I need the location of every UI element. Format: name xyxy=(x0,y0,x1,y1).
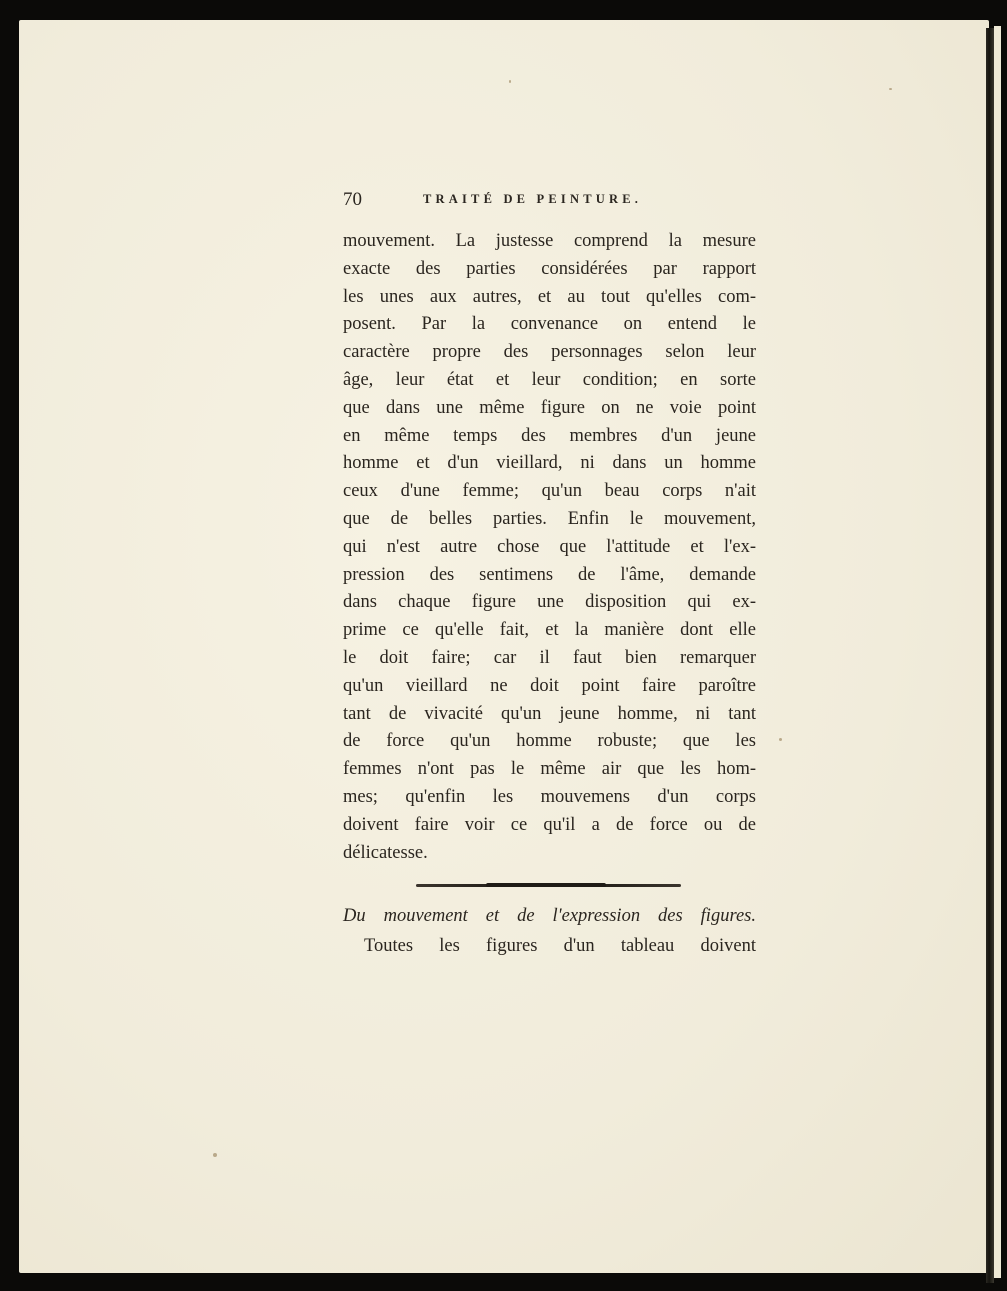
page-number: 70 xyxy=(343,189,362,211)
text-line: que de belles parties. Enfin le mouvemen… xyxy=(343,506,756,534)
text-line: de force qu'un homme robuste; que les xyxy=(343,728,756,756)
text-line: mouvement. La justesse comprend la mesur… xyxy=(343,228,756,256)
paper-speck xyxy=(889,88,892,90)
text-line: dans chaque figure une disposition qui e… xyxy=(343,589,756,617)
text-line: caractère propre des personnages selon l… xyxy=(343,339,756,367)
text-line: le doit faire; car il faut bien remarque… xyxy=(343,645,756,673)
text-line: ceux d'une femme; qu'un beau corps n'ait xyxy=(343,478,756,506)
text-line: que dans une même figure on ne voie poin… xyxy=(343,395,756,423)
text-line: doivent faire voir ce qu'il a de force o… xyxy=(343,812,756,840)
text-line: posent. Par la convenance on entend le xyxy=(343,311,756,339)
text-line: pression des sentimens de l'âme, demande xyxy=(343,562,756,590)
text-line: âge, leur état et leur condition; en sor… xyxy=(343,367,756,395)
next-page-edge xyxy=(994,26,1001,1278)
text-line: qui n'est autre chose que l'attitude et … xyxy=(343,534,756,562)
text-line: les unes aux autres, et au tout qu'elles… xyxy=(343,284,756,312)
text-line: prime ce qu'elle fait, et la manière don… xyxy=(343,617,756,645)
text-line: exacte des parties considérées par rappo… xyxy=(343,256,756,284)
text-line: femmes n'ont pas le même air que les hom… xyxy=(343,756,756,784)
section-heading: Du mouvement et de l'expression des figu… xyxy=(343,906,756,927)
text-line: délicatesse. xyxy=(343,840,756,868)
gutter-shadow xyxy=(986,28,994,1283)
paper-speck xyxy=(509,80,511,83)
text-line: qu'un vieillard ne doit point faire paro… xyxy=(343,673,756,701)
paper-speck xyxy=(779,738,782,741)
running-title: TRAITÉ DE PEINTURE. xyxy=(423,192,642,207)
text-line: tant de vivacité qu'un jeune homme, ni t… xyxy=(343,701,756,729)
running-head: 70 TRAITÉ DE PEINTURE. xyxy=(343,189,755,213)
paper-speck xyxy=(213,1153,217,1157)
text-line: mes; qu'enfin les mouvemens d'un corps xyxy=(343,784,756,812)
section-first-line: Toutes les figures d'un tableau doivent xyxy=(364,936,756,957)
text-line: en même temps des membres d'un jeune xyxy=(343,423,756,451)
body-text: mouvement. La justesse comprend la mesur… xyxy=(343,228,756,867)
text-line: homme et d'un vieillard, ni dans un homm… xyxy=(343,450,756,478)
section-divider-rule xyxy=(416,884,681,887)
